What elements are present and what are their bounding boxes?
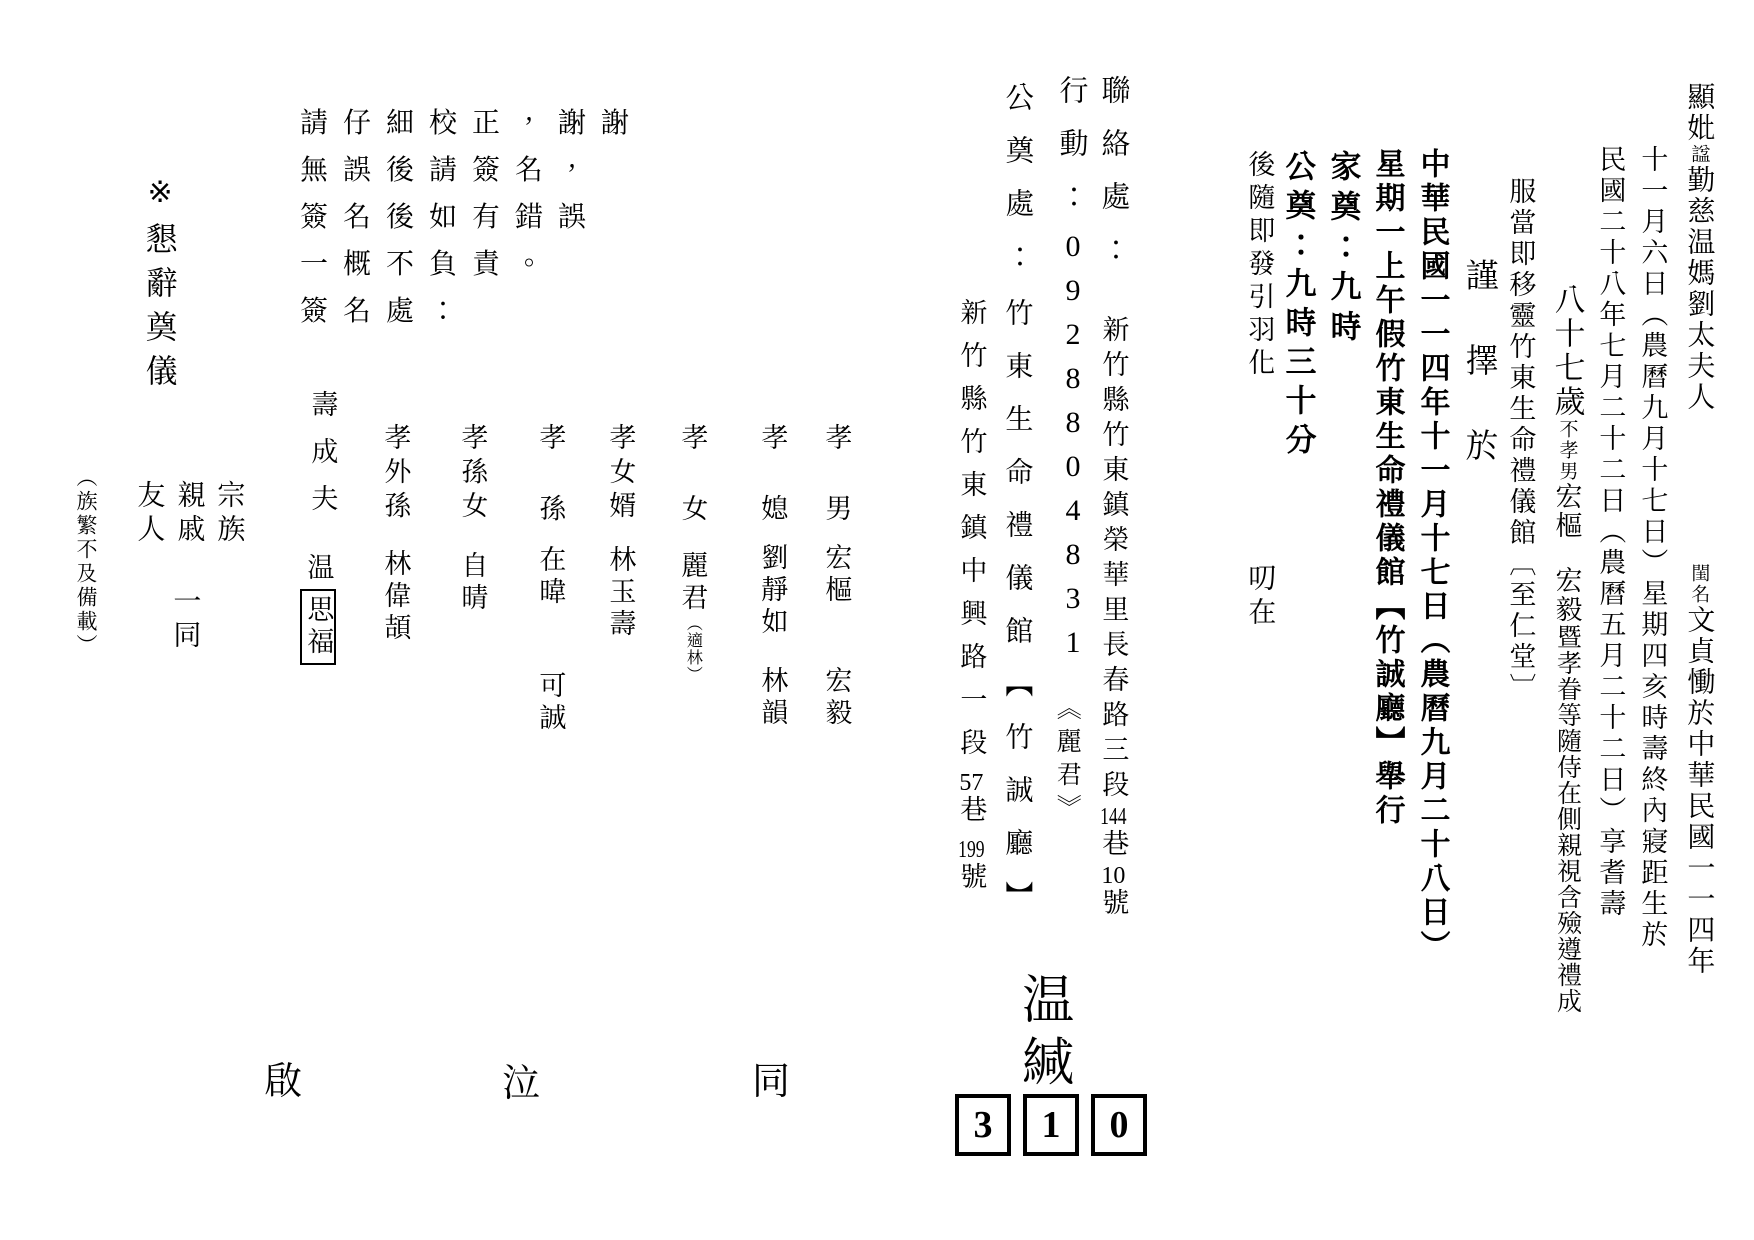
- postal-digit-3: 0: [1091, 1094, 1147, 1156]
- proofread-line-4: 一概不負責。: [300, 241, 644, 288]
- family-label-maternal-grandson: 孝外孫: [381, 423, 409, 525]
- family-name: 可誠: [536, 671, 564, 735]
- venue-street: 新竹縣竹東鎮中興路一段: [956, 298, 986, 771]
- procession-cremation-column: 後隨即發引羽化: [1245, 150, 1273, 381]
- closing-char-announce: 啟: [264, 1050, 302, 1105]
- decline-text: 懇辭奠儀: [142, 222, 178, 398]
- family-name: 麗君（適林）: [678, 551, 706, 683]
- relatives-omitted-note: （族繁不及備載）: [75, 466, 97, 658]
- family-name: 林偉頡: [381, 549, 409, 645]
- posthumous-name-label: 諡: [1688, 144, 1709, 165]
- family-name: 劉靜如: [758, 543, 786, 639]
- death-date-column: 十一月六日（農曆九月十七日）星期四亥時壽終內寢距生於: [1638, 145, 1666, 951]
- son-name-2: 宏毅: [1552, 566, 1582, 624]
- maiden-name-label: 閨名: [1688, 563, 1709, 605]
- contact-label: 聯絡處：: [1098, 75, 1128, 287]
- postal-digit-2: 1: [1023, 1094, 1079, 1156]
- deceased-title-column: 顯妣諡勤慈温媽劉太夫人閨名文貞慟於中華民國一一四年: [1684, 82, 1713, 977]
- venue-lane-number: 57: [958, 771, 984, 795]
- family-label-grandson: 孝孫: [536, 423, 564, 565]
- venue-lane-char: 巷: [956, 795, 986, 838]
- contact-lane-number: 144: [1100, 805, 1126, 829]
- contact-house-number: 10: [1100, 864, 1126, 888]
- public-rite-venue-name: 竹東生命禮儀館【竹誠廳】: [1002, 298, 1031, 934]
- birth-date-column: 民國二十八年七月二十二日（農曆五月二十二日）享耆壽: [1596, 145, 1624, 920]
- closing-char-weeping: 泣: [502, 1052, 540, 1107]
- proofread-line-2: 無誤後請簽名，: [300, 147, 644, 194]
- deceased-prefix: 顯妣: [1683, 82, 1714, 144]
- family-name: 林韻: [758, 666, 786, 730]
- mobile-contact-name: 《麗君》: [1053, 695, 1079, 827]
- reference-mark: ※: [144, 175, 177, 222]
- unfilial-son-label: 不孝男: [1557, 419, 1578, 482]
- venue-house-number: 199: [958, 838, 984, 862]
- contact-lane-char: 巷: [1098, 829, 1128, 864]
- relatives-together: 一同: [170, 586, 199, 654]
- public-rite-time: 公奠：九時三十分: [1281, 150, 1314, 462]
- contact-address-street: 新竹縣竹東鎮榮華里長春路三段: [1098, 315, 1128, 805]
- mourning-rites-text: 暨孝眷等隨侍在側親視含殮遵禮成: [1554, 624, 1581, 1014]
- signature-area-label: 簽名處：: [300, 288, 644, 335]
- venue-address-suffix: 號: [956, 862, 986, 905]
- family-label-daughter: 孝女: [678, 423, 706, 565]
- family-name: 在暐: [536, 545, 564, 609]
- family-name: 宏樞: [822, 543, 850, 607]
- decline-condolence-gifts-note: ※懇辭奠儀: [142, 175, 176, 398]
- family-name: 林玉壽: [606, 545, 634, 641]
- closing-char-together: 同: [752, 1050, 790, 1105]
- age-text: 八十七歲: [1550, 283, 1585, 419]
- daughter-name: 麗君: [677, 551, 707, 615]
- family-name: 宏毅: [822, 666, 850, 730]
- deceased-husband-given-name-box: 思福: [300, 589, 336, 665]
- funeral-notice-page: 顯妣諡勤慈温媽劉太夫人閨名文貞慟於中華民國一一四年 十一月六日（農曆九月十七日）…: [0, 0, 1754, 1240]
- contact-address-suffix: 號: [1098, 888, 1128, 923]
- family-label-granddaughter: 孝孫女: [458, 423, 486, 525]
- humble-closing-phrase: 叨在: [1245, 563, 1274, 631]
- announce-chosen-date: 謹擇於: [1461, 258, 1496, 513]
- proofread-line-1: 請仔細校正，謝謝: [300, 100, 644, 147]
- postal-digit-1: 3: [955, 1094, 1011, 1156]
- son-name-1: 宏樞: [1552, 482, 1582, 540]
- deceased-death-intro: 文貞慟於中華民國一一四年: [1683, 605, 1714, 977]
- funeral-venue-column: 星期一上午假竹東生命禮儀館【竹誠廳】舉行: [1371, 148, 1403, 828]
- proofread-note: 請仔細校正，謝謝 無誤後請簽名， 簽名後如有錯誤 一概不負責。 簽名處：: [300, 100, 644, 335]
- relatives-kin: 親戚: [174, 480, 203, 548]
- funeral-date-column: 中華民國一一四年十一月十七日（農曆九月二十八日）: [1416, 148, 1448, 964]
- relatives-clan: 宗族: [214, 480, 243, 548]
- postal-code: 3 1 0: [955, 1094, 1147, 1156]
- mobile-number: 0928804831: [1057, 230, 1089, 670]
- contact-address: 新竹縣竹東鎮榮華里長春路三段144巷10號: [1099, 315, 1127, 923]
- deceased-honorific: 勤慈温媽劉太夫人: [1683, 165, 1714, 413]
- married-into-note: （適林）: [684, 615, 701, 683]
- family-label-son-in-law: 孝女婿: [606, 423, 634, 525]
- family-label-husband: 壽成夫: [308, 390, 336, 531]
- husband-surname: 温: [303, 553, 333, 585]
- coffin-transfer-column: 服當即移靈竹東生命禮儀館〔至仁堂〕: [1506, 177, 1534, 704]
- public-rite-venue-address: 新竹縣竹東鎮中興路一段57巷199號: [957, 298, 985, 905]
- proofread-line-3: 簽名後如有錯誤: [300, 194, 644, 241]
- family-seal: 温緘: [1014, 972, 1069, 1096]
- mobile-label: 行動：: [1056, 75, 1086, 234]
- family-name: 自晴: [458, 551, 486, 615]
- public-rite-venue-label: 公奠處：: [1002, 82, 1032, 294]
- age-and-mourners-column: 八十七歲不孝男宏樞宏毅暨孝眷等隨侍在側親視含殮遵禮成: [1550, 283, 1583, 1014]
- family-name-husband: 温思福: [304, 553, 332, 665]
- relatives-friends: 友人: [134, 480, 163, 548]
- family-rite-time: 家奠：九時: [1326, 150, 1359, 350]
